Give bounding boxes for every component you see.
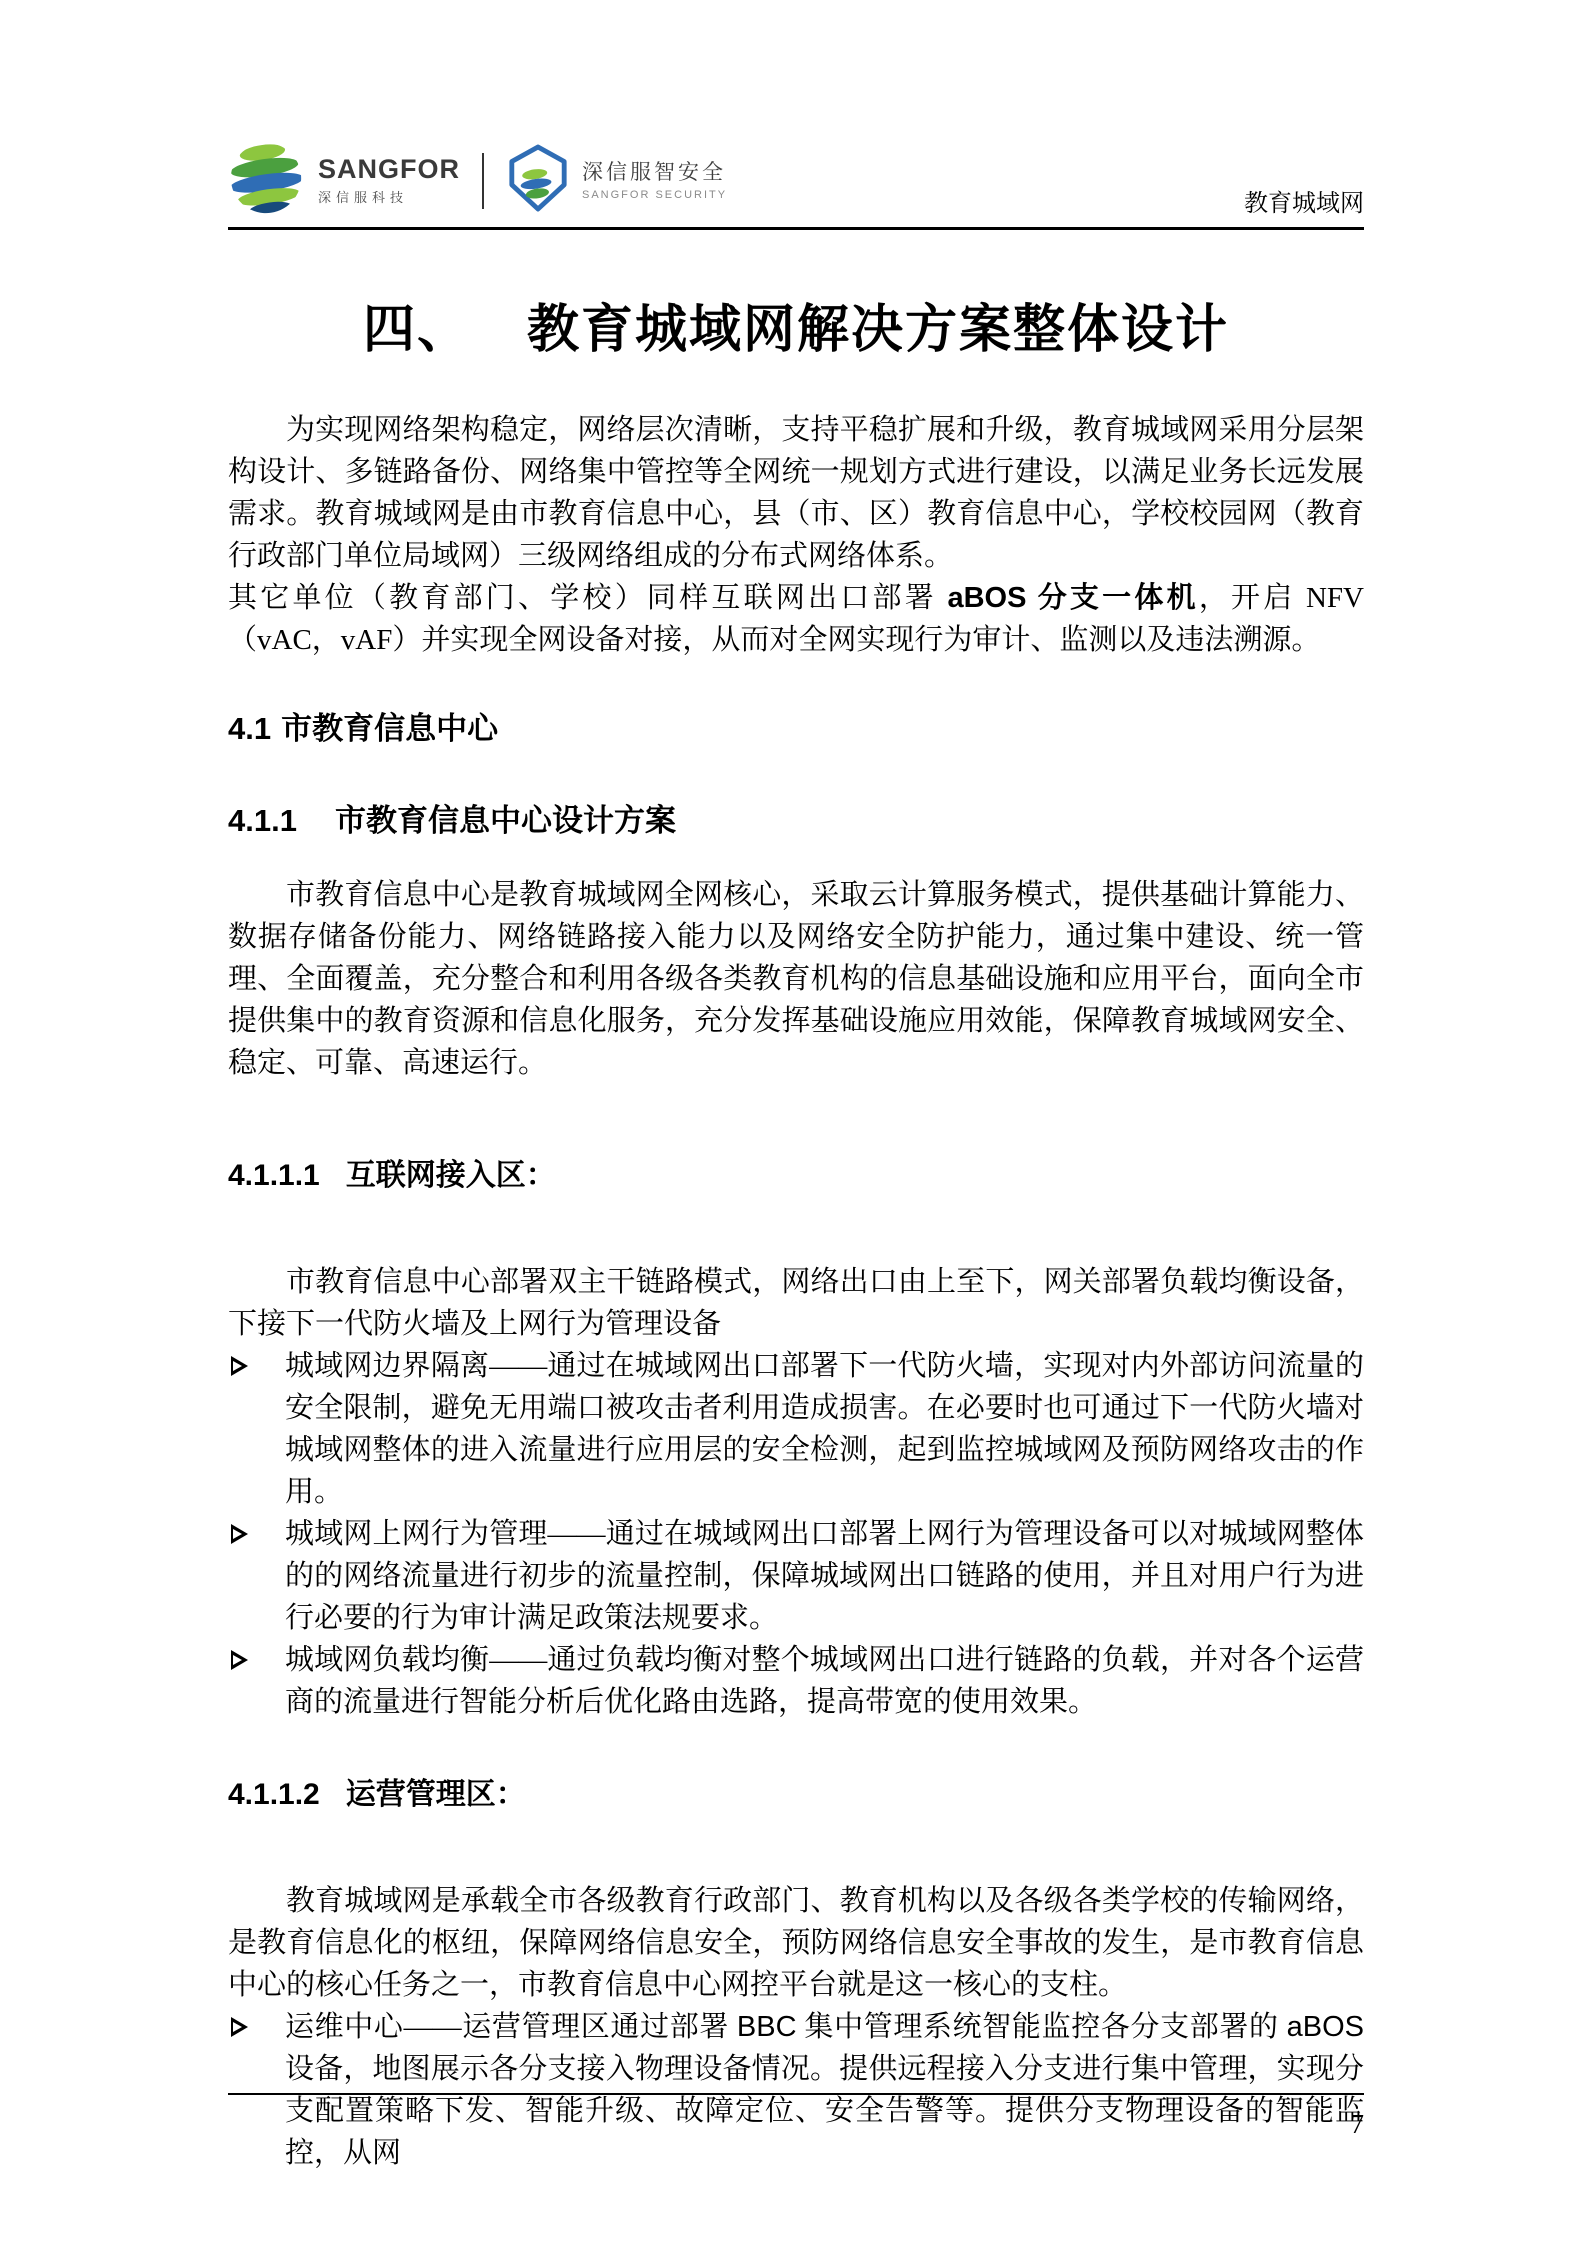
brand-name: SANGFOR [318,155,460,185]
chapter-title: 四、教育城域网解决方案整体设计 [228,298,1364,363]
sangfor-logo: SANGFOR 深信服科技 深信服智安全 SANGFOR SECURITY [228,140,727,221]
sangfor-globe-icon [228,140,304,221]
heading-4-1-1-2-text: 运营管理区： [346,1778,526,1811]
page-number: 7 [1351,2109,1365,2139]
brand-subtitle: 深信服科技 [318,187,460,206]
arrowhead-right-icon [231,1524,248,1544]
heading-4-1-text: 市教育信息中心 [281,711,498,746]
security-shield-icon [506,143,570,218]
heading-4-1-1-1-text: 互联网接入区： [346,1159,556,1192]
heading-4-1-number: 4.1 [228,711,271,746]
arrowhead-right-icon [231,1650,248,1670]
security-brand-text: 深信服智安全 SANGFOR SECURITY [582,160,727,200]
heading-4-1-1-1-number: 4.1.1.1 [228,1159,320,1192]
heading-4-1-1-number: 4.1.1 [228,803,297,838]
heading-4-1-1-2: 4.1.1.2运营管理区： [228,1775,1364,1814]
heading-4-1-1-1: 4.1.1.1互联网接入区： [228,1156,1364,1195]
chapter-title-text: 教育城域网解决方案整体设计 [527,301,1229,359]
header-doc-label: 教育城域网 [1244,190,1364,221]
arrowhead-right-icon [231,2017,248,2037]
paragraph-intro-2: 其它单位（教育部门、学校）同样互联网出口部署 aBOS 分支一体机，开启 NFV… [228,577,1364,661]
bullet-item-behavior-management: 城域网上网行为管理——通过在城域网出口部署上网行为管理设备可以对城域网整体的的网… [228,1513,1364,1639]
heading-4-1-1: 4.1.1市教育信息中心设计方案 [228,801,1364,841]
heading-4-1-1-text: 市教育信息中心设计方案 [335,803,676,838]
paragraph-4-1-1-2-intro: 教育城域网是承载全市各级教育行政部门、教育机构以及各级各类学校的传输网络，是教育… [228,1880,1364,2006]
paragraph-intro-1: 为实现网络架构稳定，网络层次清晰，支持平稳扩展和升级，教育城域网采用分层架构设计… [228,409,1364,577]
bullet-item-ops-center: 运维中心——运营管理区通过部署 BBC 集中管理系统智能监控各分支部署的 aBO… [228,2006,1364,2174]
document-page: SANGFOR 深信服科技 深信服智安全 SANGFOR SECURITY [0,0,1587,2245]
paragraph-4-1-1-1-intro: 市教育信息中心部署双主干链路模式，网络出口由上至下，网关部署负载均衡设备，下接下… [228,1261,1364,1345]
logo-divider [482,153,484,209]
security-brand-subtitle: SANGFOR SECURITY [582,189,727,201]
bullet-item-border-isolation: 城域网边界隔离——通过在城域网出口部署下一代防火墙，实现对内外部访问流量的安全限… [228,1345,1364,1513]
brand-text: SANGFOR 深信服科技 [318,155,460,207]
heading-4-1-1-2-number: 4.1.1.2 [228,1778,320,1811]
bullet-item-load-balancing: 城域网负载均衡——通过负载均衡对整个城域网出口进行链路的负载，并对各个运营商的流… [228,1639,1364,1723]
heading-4-1: 4.1市教育信息中心 [228,709,1364,749]
security-brand-name: 深信服智安全 [582,160,727,185]
chapter-number: 四、 [363,301,471,359]
paragraph-4-1-1: 市教育信息中心是教育城域网全网核心，采取云计算服务模式，提供基础计算能力、数据存… [228,874,1364,1084]
page-footer: 7 [228,2093,1364,2140]
page-header: SANGFOR 深信服科技 深信服智安全 SANGFOR SECURITY [228,0,1364,230]
bullet-text: 城域网上网行为管理——通过在城域网出口部署上网行为管理设备可以对城域网整体的的网… [285,1518,1364,1634]
bullet-text: 城域网负载均衡——通过负载均衡对整个城域网出口进行链路的负载，并对各个运营商的流… [285,1644,1364,1718]
bullet-text: 运维中心——运营管理区通过部署 BBC 集中管理系统智能监控各分支部署的 aBO… [285,2011,1364,2169]
arrowhead-right-icon [231,1356,248,1376]
bullet-text: 城域网边界隔离——通过在城域网出口部署下一代防火墙，实现对内外部访问流量的安全限… [285,1350,1364,1508]
